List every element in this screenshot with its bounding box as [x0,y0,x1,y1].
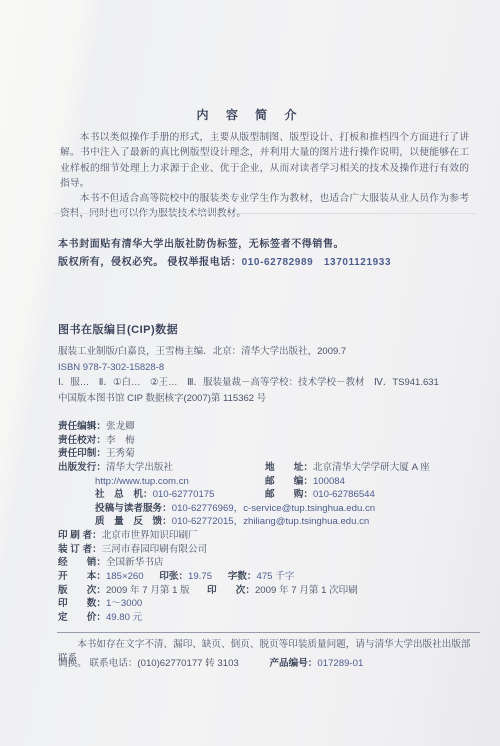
print-supervisor-row: 责任印制：王秀菊 [58,447,476,461]
proofreader-row: 责任校对：李 梅 [58,434,476,448]
impression-value: 2009 年 7 月第 1 次印刷 [255,585,358,596]
exchange-contact: 调换。 联系电话：(010)62770177 转 3103 [58,658,239,669]
cip-classification-line: Ⅰ．服… Ⅱ．①白… ②王… Ⅲ．服装量裁－高等学校：技术学校－教材 Ⅳ．TS9… [58,375,470,391]
product-number-value: 017289-01 [317,658,363,669]
sheets-label: 印张： [159,571,188,582]
quality-feedback-label: 质 量 反 馈： [95,516,172,527]
mail-order-label: 邮 购： [265,489,313,500]
switchboard-label: 社 总 机： [95,489,153,500]
format-value: 185×260 [106,571,144,582]
distributor-row: 经 销：全国新华书店 [58,556,476,570]
binder-row: 装 订 者：三河市春园印刷有限公司 [58,543,476,557]
binder-name: 三河市春园印刷有限公司 [102,544,208,555]
zip-cell: 邮 编：100084 [265,475,345,489]
switchboard-number: 010-62770175 [153,489,215,500]
quality-feedback-row: 质 量 反 馈：010-62772015，zhiliang@tup.tsingh… [58,515,476,529]
price-label: 定 价： [58,612,106,623]
impression-cell: 印 次：2009 年 7 月第 1 次印刷 [207,584,358,598]
sheets-cell: 印张：19.75 [159,571,212,582]
publisher-row: 出版发行：清华大学出版社 地 址：北京清华大学学研大厦 A 座 [58,461,476,475]
intro-paragraph-2: 本书不但适合高等院校中的服装类专业学生作为教材，也适合广大服装从业人员作为参考资… [60,191,469,222]
product-number-label: 产品编号： [269,658,317,669]
intro-paragraph-1: 本书以类似操作手册的形式，主要从版型制图、版型设计、打板和推档四个方面进行了讲解… [60,130,469,191]
product-number-cell: 产品编号：017289-01 [269,658,363,669]
publisher-label: 出版发行： [58,462,106,473]
proofreader-name: 李 梅 [106,435,135,446]
intro-title: 内 容 简 介 [0,106,500,123]
reader-service-contact: 010-62776969，c-service@tup.tsinghua.edu.… [172,503,375,514]
print-run-value: 1～3000 [106,598,142,609]
copyright-notice-text: 版权所有，侵权必究。 侵权举报电话： [58,257,242,268]
zip-value: 100084 [313,476,345,487]
proofreader-label: 责任校对： [58,435,106,446]
edition-value: 2009 年 7 月第 1 版 [106,585,190,596]
format-row: 开 本：185×260 印张：19.75 字数：475 千字 [58,570,476,584]
isbn-line: ISBN 978-7-302-15828-8 [58,360,470,376]
price-value: 49.80 元 [106,612,142,623]
impression-label: 印 次： [207,585,255,596]
mail-order-cell: 邮 购：010-62786544 [265,488,375,502]
copyright-notice: 版权所有，侵权必究。 侵权举报电话：010-62782989 137011219… [58,253,391,268]
print-supervisor-label: 责任印制： [58,448,106,459]
intro-section: 本书以类似操作手册的形式，主要从版型制图、版型设计、打板和推档四个方面进行了讲解… [60,130,469,222]
publisher-name: 清华大学出版社 [106,462,173,473]
quality-feedback-contact: 010-62772015，zhiliang@tup.tsinghua.edu.c… [172,516,370,527]
word-count-cell: 字数：475 千字 [228,571,295,582]
reader-service-label: 投稿与读者服务： [95,503,172,514]
editor-name: 张龙卿 [106,421,135,432]
address-value: 北京清华大学学研大厦 A 座 [313,462,430,473]
report-phone-numbers: 010-62782989 13701121933 [242,257,392,268]
print-supervisor-name: 王秀菊 [106,448,135,459]
mail-order-number: 010-62786544 [313,489,375,500]
word-count-value: 475 千字 [257,571,295,582]
binder-label: 装 订 者： [58,544,102,555]
cip-block: 服装工业制版/白嘉良，王雪梅主编．北京：清华大学出版社，2009.7 ISBN … [58,344,470,406]
copyright-page: 内 容 简 介 本书以类似操作手册的形式，主要从版型制图、版型设计、打板和推档四… [0,0,500,746]
cip-title-line: 服装工业制版/白嘉良，王雪梅主编．北京：清华大学出版社，2009.7 [58,344,470,360]
address-cell: 地 址：北京清华大学学研大厦 A 座 [265,461,430,475]
print-run-label: 印 数： [58,598,106,609]
print-run-row: 印 数：1～3000 [58,597,476,611]
divider-footer [57,632,480,633]
printer-row: 印 刷 者：北京市世界知识印刷厂 [58,529,476,543]
reader-service-row: 投稿与读者服务：010-62776969，c-service@tup.tsing… [58,502,476,516]
cip-heading: 图书在版编目(CIP)数据 [58,321,178,337]
printer-name: 北京市世界知识印刷厂 [102,530,198,541]
website-row: http://www.tup.com.cn 邮 编：100084 [58,475,476,489]
editor-row: 责任编辑：张龙卿 [58,420,476,434]
word-count-label: 字数： [228,571,257,582]
distributor-label: 经 销： [58,557,106,568]
publisher-url: http://www.tup.com.cn [95,476,189,487]
price-row: 定 价：49.80 元 [58,611,476,625]
cip-record-line: 中国版本图书馆 CIP 数据核字(2007)第 115362 号 [58,391,470,407]
edition-row: 版 次：2009 年 7 月第 1 版 印 次：2009 年 7 月第 1 次印… [58,584,476,598]
editor-label: 责任编辑： [58,421,106,432]
sheets-value: 19.75 [188,571,212,582]
switchboard-row: 社 总 机：010-62770175 邮 购：010-62786544 [58,488,476,502]
format-label: 开 本： [58,571,106,582]
colophon-block: 责任编辑：张龙卿 责任校对：李 梅 责任印制：王秀菊 出版发行：清华大学出版社 … [58,420,476,625]
edition-label: 版 次： [58,585,106,596]
distributor-name: 全国新华书店 [106,557,164,568]
printer-label: 印 刷 者： [58,530,102,541]
zip-label: 邮 编： [265,476,313,487]
anti-counterfeit-notice: 本书封面贴有清华大学出版社防伪标签，无标签者不得销售。 [58,235,344,250]
address-label: 地 址： [265,462,313,473]
quality-problem-note-line2: 调换。 联系电话：(010)62770177 转 3103 产品编号：01728… [58,655,472,669]
divider-faint [54,213,476,214]
